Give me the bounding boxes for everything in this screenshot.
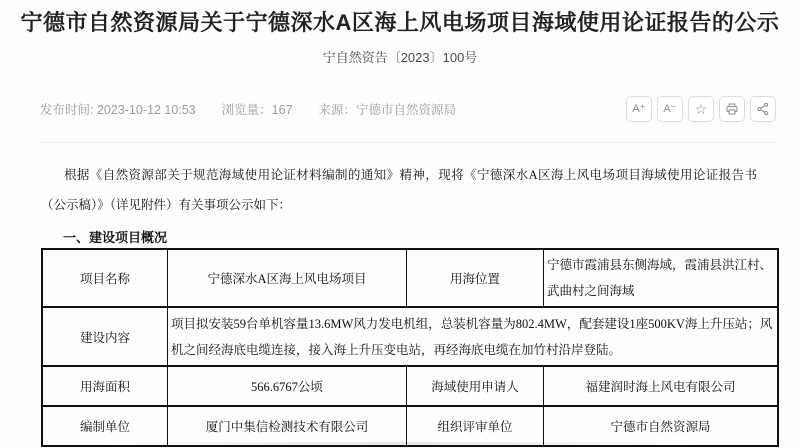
table-cell-compiler: 厦门中集信检测技术有限公司 [168,406,407,446]
table-header-sea-location: 用海位置 [407,249,544,307]
article-paragraph: 根据《自然资源部关于规范海域使用论证材料编制的通知》精神，现将《宁德深水A区海上… [41,160,757,220]
article-meta: 发布时间: 2023-10-12 10:53 浏览量：167 来源：宁德市自然资… [40,100,456,118]
view-count-label: 浏览量： [222,103,272,117]
share-button[interactable] [750,96,776,122]
table-row: 项目名称 宁德深水A区海上风电场项目 用海位置 宁德市霞浦县东侧海域，霞浦县洪江… [42,249,778,307]
table-row: 用海面积 566.6767公顷 海域使用申请人 福建润时海上风电有限公司 [42,366,778,406]
article-source: 来源：宁德市自然资源局 [319,100,457,118]
view-count: 浏览量：167 [222,100,293,118]
table-cell-construction-content: 项目拟安装59台单机容量13.6MW风力发电机组，总装机容量为802.4MW，配… [168,307,779,366]
table-row: 建设内容 项目拟安装59台单机容量13.6MW风力发电机组，总装机容量为802.… [42,307,778,366]
table-header-applicant: 海域使用申请人 [407,366,544,406]
table-cell-project-name: 宁德深水A区海上风电场项目 [168,249,407,307]
section-heading: 一、建设项目概况 [63,227,167,246]
table-header-compiler: 编制单位 [42,406,168,446]
article-page: 宁德市自然资源局关于宁德深水A区海上风电场项目海域使用论证报告的公示 宁自然资告… [0,0,800,448]
project-overview-table: 项目名称 宁德深水A区海上风电场项目 用海位置 宁德市霞浦县东侧海域，霞浦县洪江… [41,248,779,447]
table-cell-review-organizer: 宁德市自然资源局 [544,406,779,446]
printer-icon [725,102,739,116]
table-header-sea-area: 用海面积 [42,366,168,406]
table-cell-sea-location: 宁德市霞浦县东侧海域，霞浦县洪江村、武曲村之间海域 [544,249,779,307]
article-source-value: 宁德市自然资源局 [356,103,456,117]
publish-time-value: 2023-10-12 10:53 [97,103,196,117]
doc-number: 宁自然资告〔2023〕100号 [0,47,800,66]
star-icon: ☆ [695,102,708,116]
favorite-button[interactable]: ☆ [688,96,714,122]
article-source-label: 来源： [319,103,357,117]
table-header-construction-content: 建设内容 [42,307,168,366]
publish-time-label: 发布时间: [40,103,97,117]
meta-row: 发布时间: 2023-10-12 10:53 浏览量：167 来源：宁德市自然资… [40,93,776,125]
publish-time: 发布时间: 2023-10-12 10:53 [40,100,196,118]
article-toolbar: A⁺ A⁻ ☆ [626,96,776,122]
font-decrease-button[interactable]: A⁻ [657,96,683,122]
font-increase-button[interactable]: A⁺ [626,96,652,122]
header-divider [40,142,776,143]
table-header-project-name: 项目名称 [42,249,168,307]
page-title: 宁德市自然资源局关于宁德深水A区海上风电场项目海域使用论证报告的公示 [0,6,800,37]
table-cell-sea-area: 566.6767公顷 [168,366,407,406]
share-icon [756,102,770,116]
table-row: 编制单位 厦门中集信检测技术有限公司 组织评审单位 宁德市自然资源局 [42,406,778,446]
table-header-review-organizer: 组织评审单位 [407,406,544,446]
table-cell-applicant: 福建润时海上风电有限公司 [544,366,779,406]
print-button[interactable] [719,96,745,122]
view-count-value: 167 [272,103,293,117]
